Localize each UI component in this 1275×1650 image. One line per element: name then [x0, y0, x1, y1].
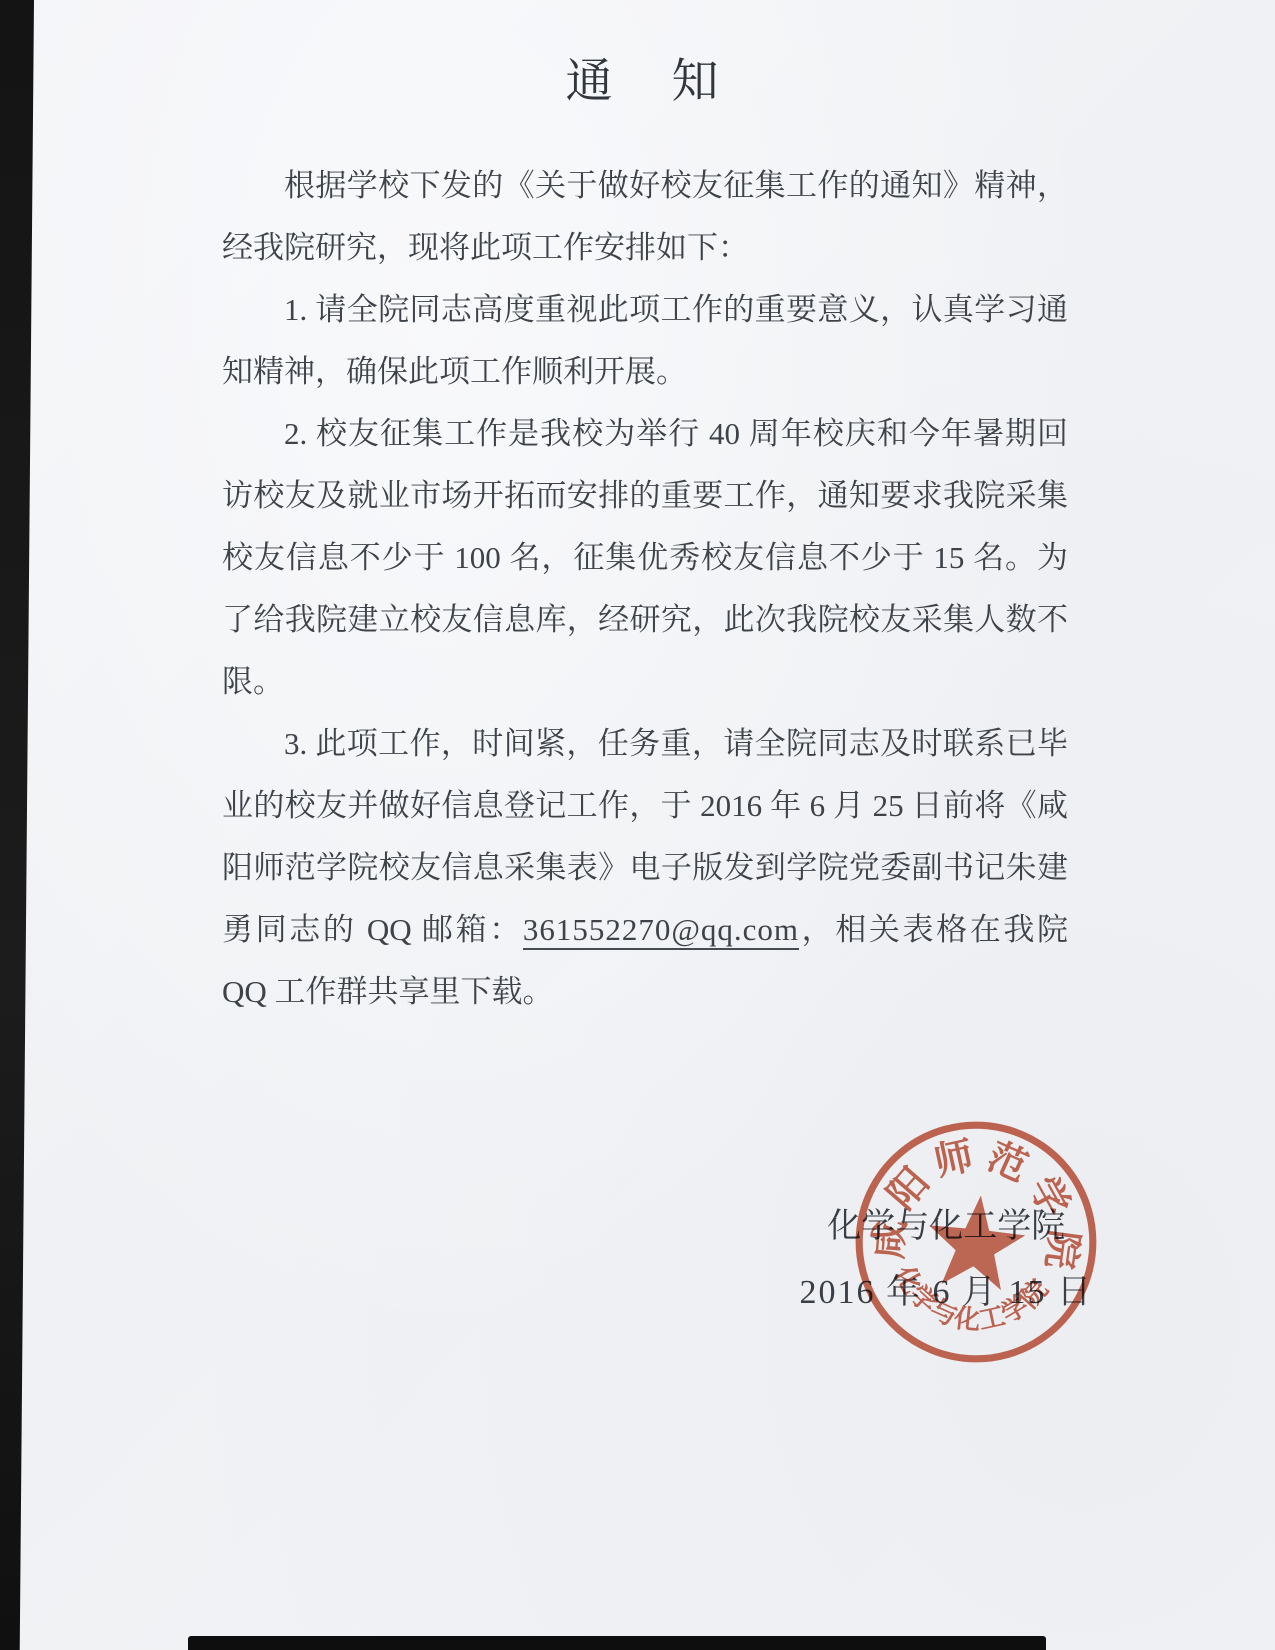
- notice-title: 通 知: [222, 44, 1068, 111]
- scan-bottom-edge: [188, 1636, 1046, 1650]
- scan-left-edge: [0, 0, 34, 1650]
- seal-bottom-text: 化学与化工学院: [883, 1257, 1056, 1342]
- svg-text:化学与化工学院: 化学与化工学院: [883, 1257, 1056, 1342]
- notice-body: 通 知 根据学校下发的《关于做好校友征集工作的通知》精神，经我院研究，现将此项工…: [222, 44, 1068, 1023]
- notice-item-3: 3. 此项工作，时间紧，任务重，请全院同志及时联系已毕业的校友并做好信息登记工作…: [222, 713, 1068, 1023]
- scanned-notice-page: 通 知 根据学校下发的《关于做好校友征集工作的通知》精神，经我院研究，现将此项工…: [0, 0, 1275, 1650]
- seal-star: [923, 1190, 1029, 1292]
- notice-item-1: 1. 请全院同志高度重视此项工作的重要意义，认真学习通知精神，确保此项工作顺利开…: [222, 279, 1068, 403]
- official-seal: 咸阳师范学院 化学与化工学院: [835, 1101, 1116, 1382]
- notice-item-2: 2. 校友征集工作是我校为举行 40 周年校庆和今年暑期回访校友及就业市场开拓而…: [222, 403, 1068, 713]
- notice-intro-paragraph: 根据学校下发的《关于做好校友征集工作的通知》精神，经我院研究，现将此项工作安排如…: [222, 155, 1068, 279]
- qq-email-address: 361552270@qq.com: [523, 912, 799, 950]
